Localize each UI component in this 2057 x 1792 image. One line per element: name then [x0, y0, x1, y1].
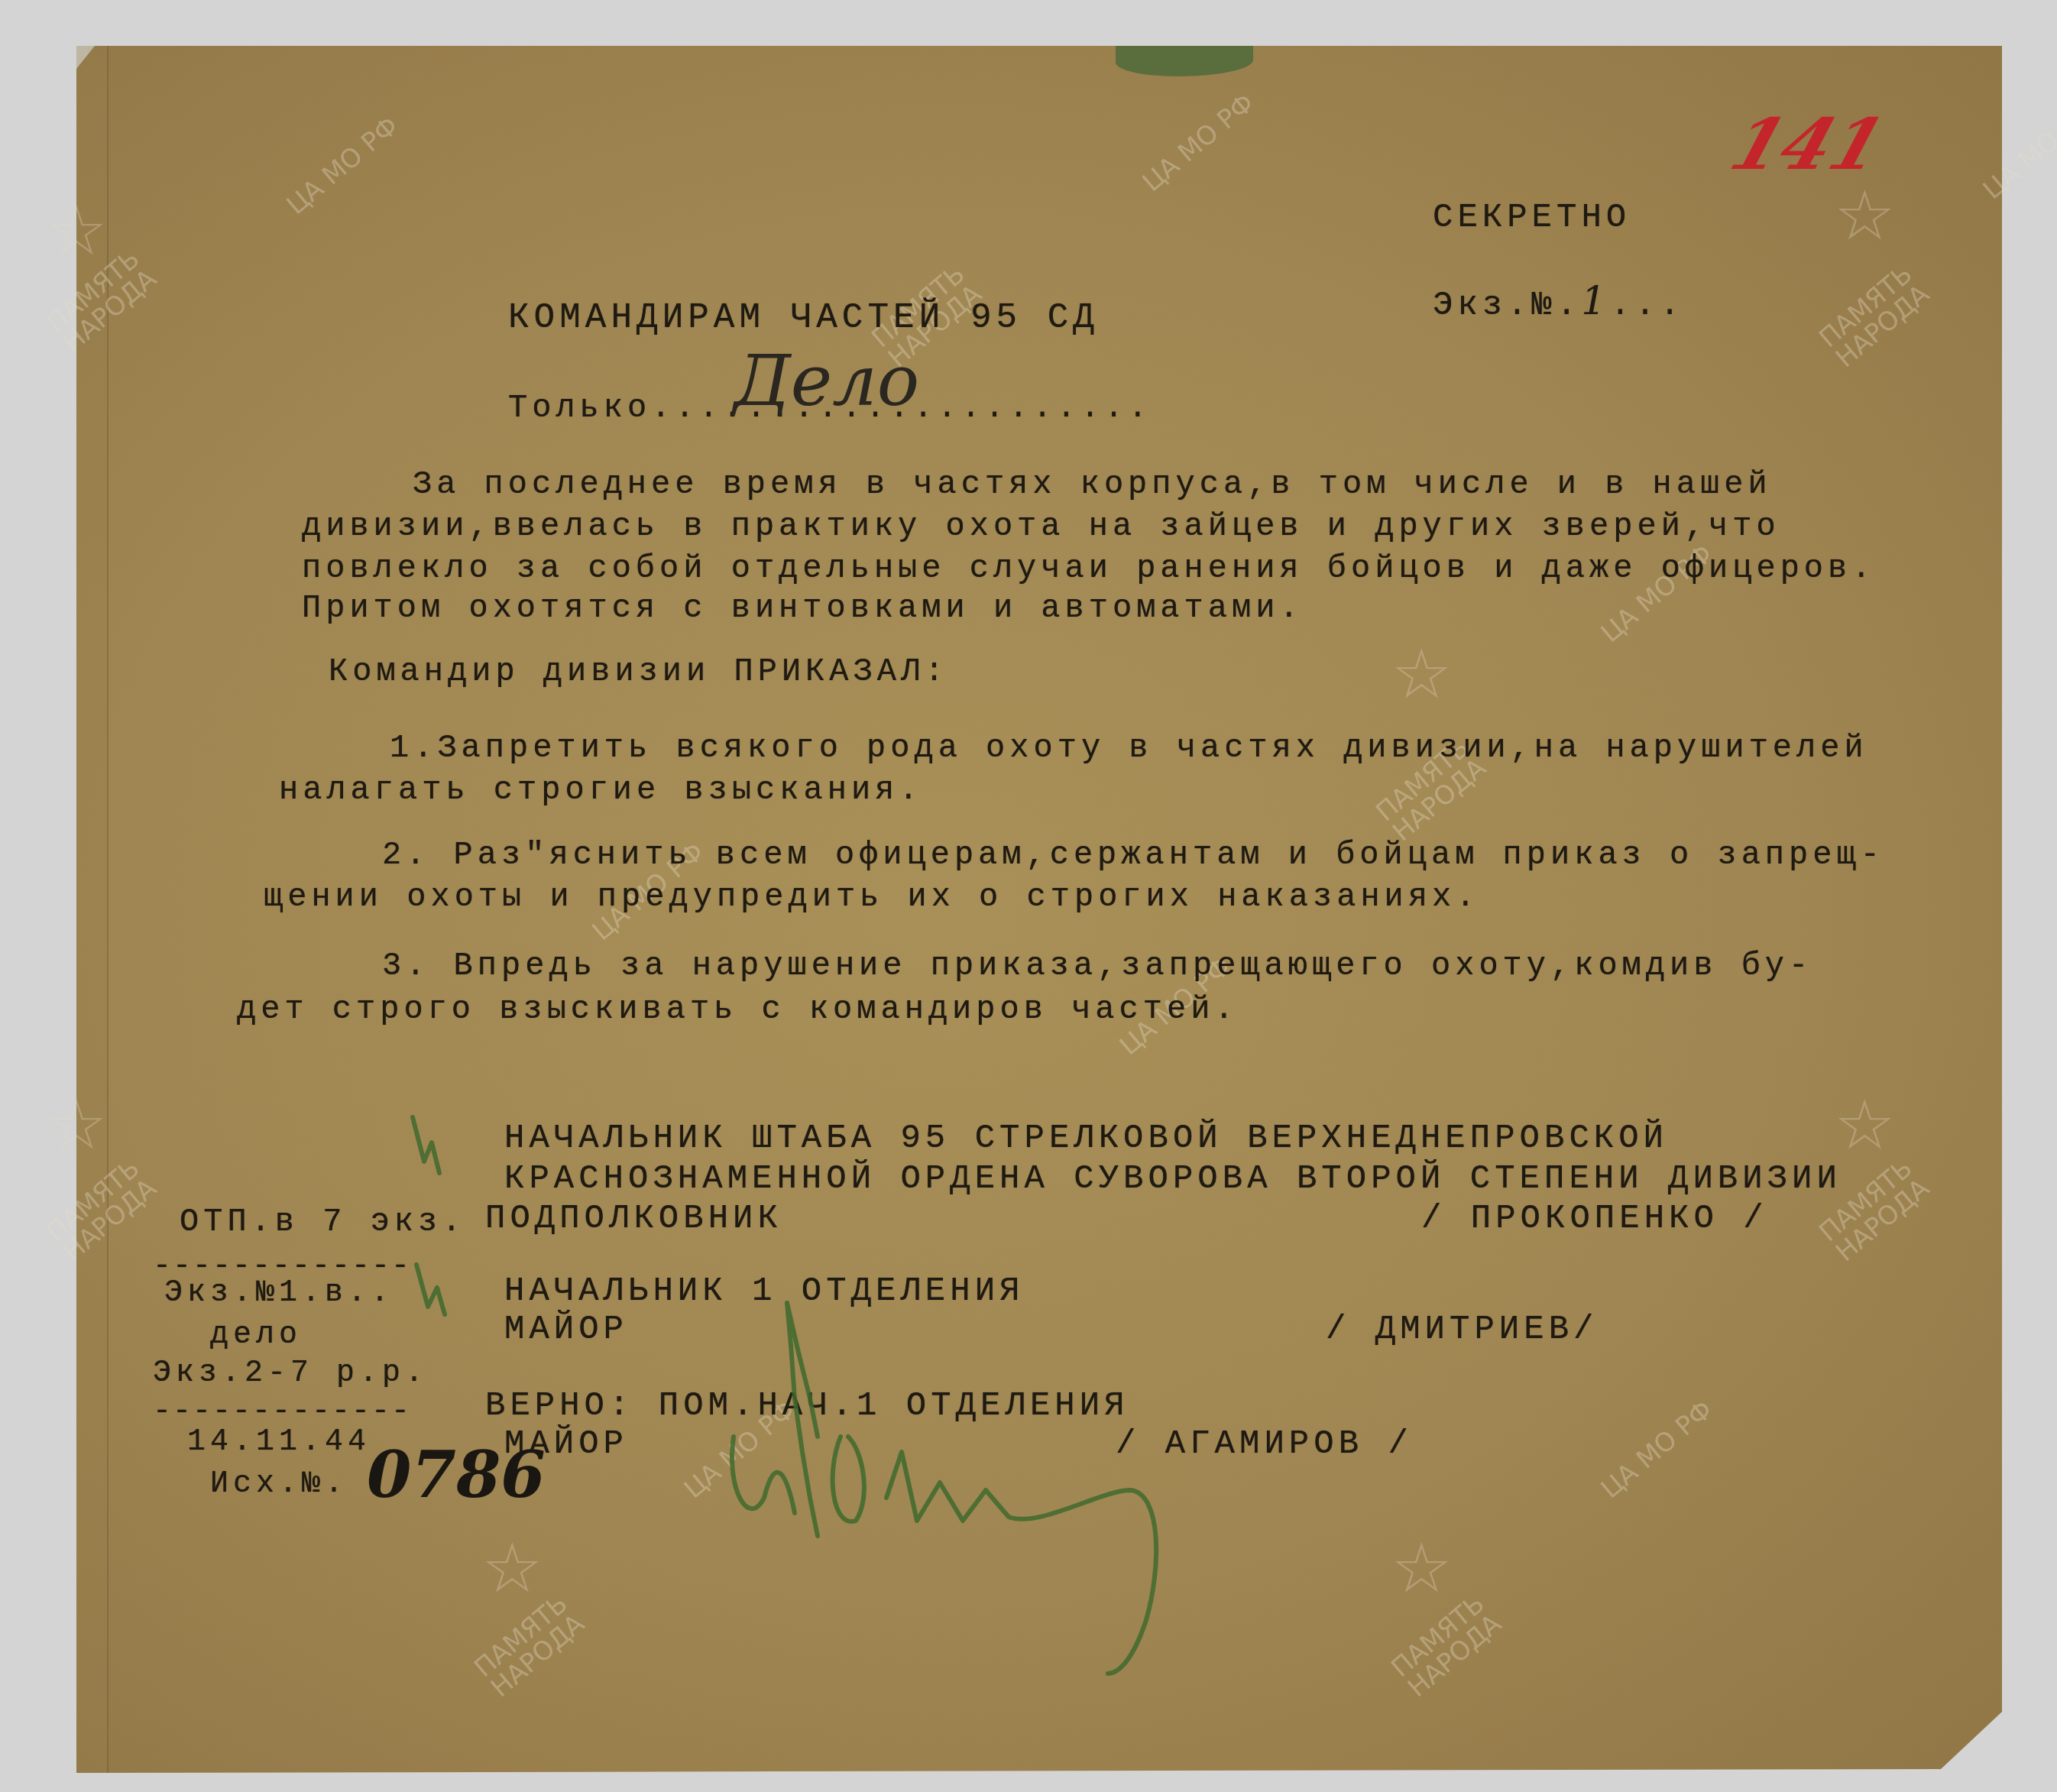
- green-signature-icon: [0, 0, 2057, 1792]
